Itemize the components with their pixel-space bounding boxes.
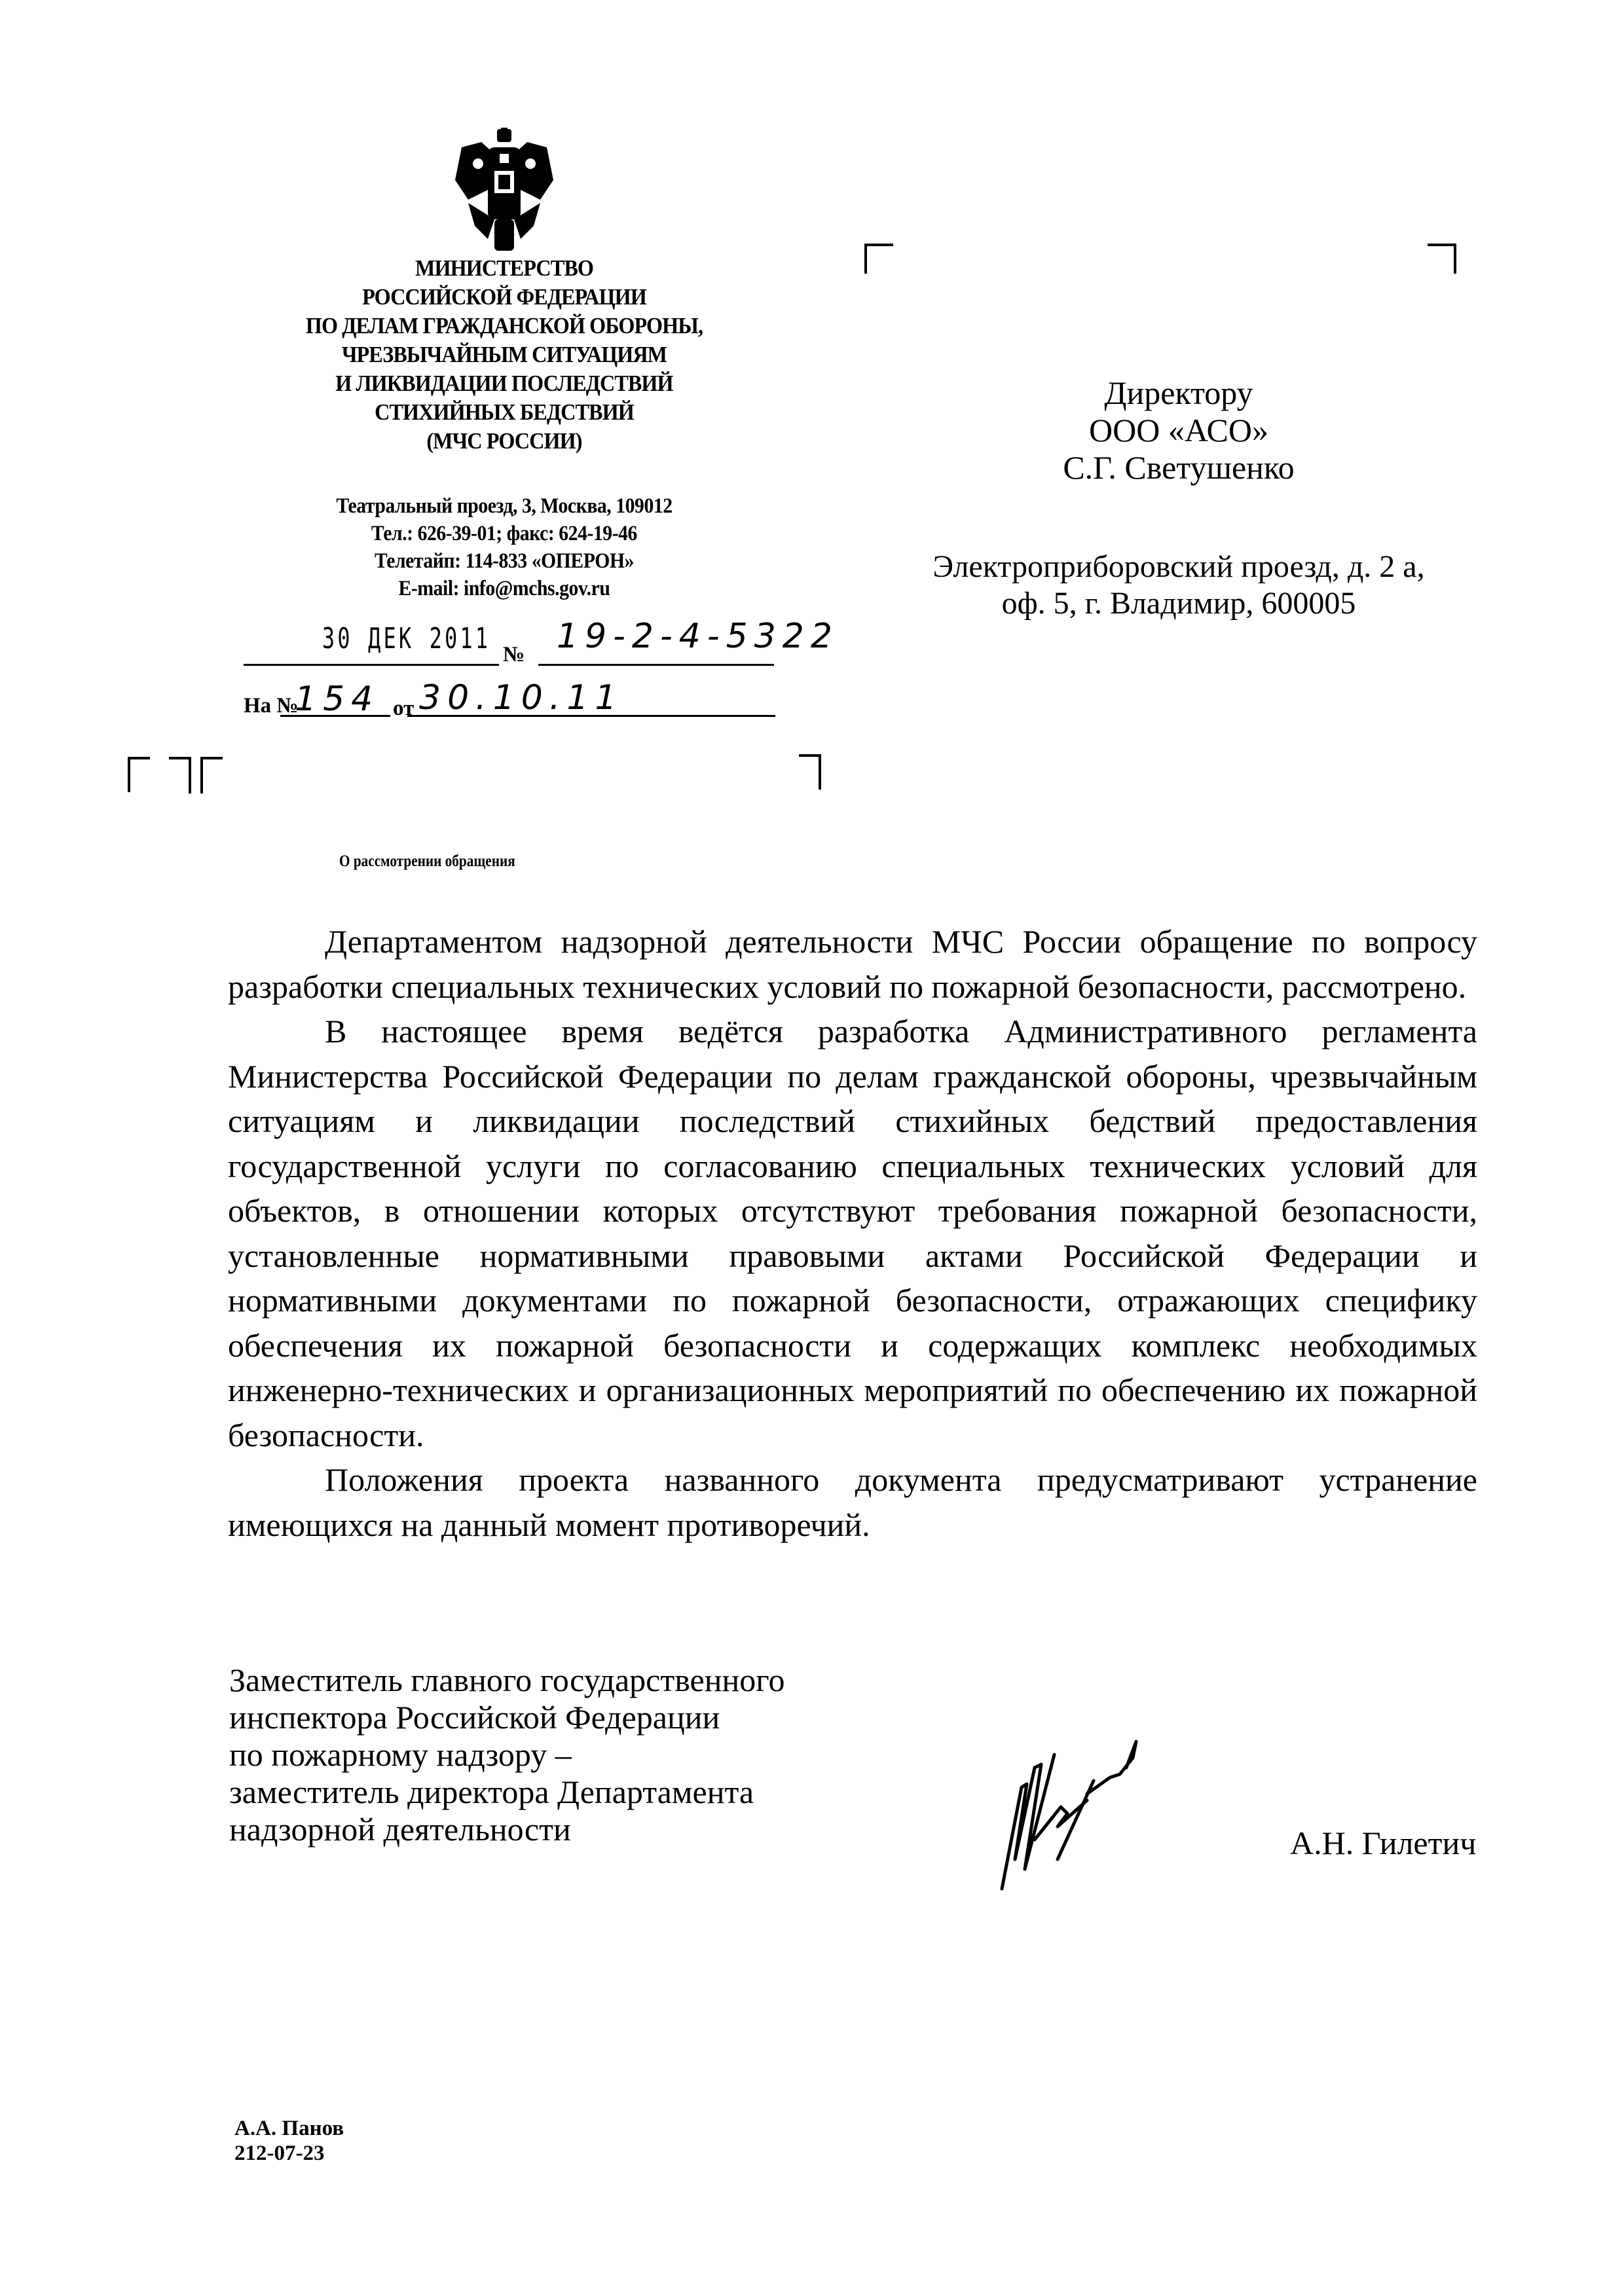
- addressee-name: С.Г. Светушенко: [871, 449, 1486, 486]
- letter-subject: О рассмотрении обращения: [339, 852, 515, 871]
- number-underline: [538, 664, 774, 666]
- sender-line: СТИХИЙНЫХ БЕДСТВИЙ: [257, 398, 751, 427]
- body-paragraph: Положения проекта названного документа п…: [228, 1457, 1477, 1547]
- addressee: Директору ООО «АСО» С.Г. Светушенко: [871, 374, 1486, 486]
- sender-address: Театральный проезд, 3, Москва, 109012: [263, 492, 746, 520]
- signatory-title: Заместитель главного государственного ин…: [229, 1662, 785, 1848]
- sender-email: E-mail: info@mchs.gov.ru: [263, 575, 746, 602]
- subject-bracket-top-left: [200, 757, 223, 793]
- sender-line: ЧРЕЗВЫЧАЙНЫМ СИТУАЦИЯМ: [257, 340, 751, 369]
- from-label: от: [393, 697, 414, 721]
- signatory-title-line: Заместитель главного государственного: [229, 1662, 785, 1699]
- addressee-address-line: Электроприборовский проезд, д. 2 а,: [851, 549, 1506, 585]
- subject-bracket-top-right: [799, 754, 821, 790]
- addressee-address: Электроприборовский проезд, д. 2 а, оф. …: [851, 549, 1506, 622]
- sender-line: РОССИЙСКОЙ ФЕДЕРАЦИИ: [257, 283, 751, 312]
- executor-info: А.А. Панов 212-07-23: [234, 2116, 344, 2166]
- executor-phone: 212-07-23: [234, 2141, 344, 2166]
- addressee-address-line: оф. 5, г. Владимир, 600005: [851, 585, 1506, 622]
- signatory-title-line: по пожарному надзору –: [229, 1736, 785, 1774]
- addressee-bracket-top-left: [864, 244, 893, 274]
- russian-coat-of-arms-icon: [449, 128, 560, 252]
- addressee-bracket-top-right: [1428, 244, 1456, 274]
- sender-line: ПО ДЕЛАМ ГРАЖДАНСКОЙ ОБОРОНЫ,: [257, 312, 751, 340]
- body-paragraph: В настоящее время ведётся разработка Адм…: [228, 1009, 1477, 1457]
- number-label: №: [503, 643, 525, 667]
- letter-body: Департаментом надзорной деятельности МЧС…: [228, 919, 1477, 1547]
- sender-line: И ЛИКВИДАЦИИ ПОСЛЕДСТВИЙ: [257, 369, 751, 398]
- sender-teletype: Телетайп: 114-833 «ОПЕРОН»: [263, 547, 746, 575]
- handwritten-signature-icon: [995, 1728, 1244, 1892]
- signatory-title-line: заместитель директора Департамента: [229, 1774, 785, 1811]
- signatory-name: А.Н. Гилетич: [1290, 1824, 1476, 1862]
- executor-name: А.А. Панов: [234, 2116, 344, 2141]
- body-paragraph: Департаментом надзорной деятельности МЧС…: [228, 919, 1477, 1009]
- outgoing-number: 19-2-4-5322: [557, 617, 839, 656]
- from-underline: [407, 715, 775, 717]
- sender-line: (МЧС РОССИИ): [257, 427, 751, 456]
- sender-line: МИНИСТЕРСТВО: [257, 254, 751, 283]
- signatory-title-line: надзорной деятельности: [229, 1811, 785, 1848]
- date-stamp: 30 ДЕК 2011: [322, 622, 490, 655]
- reply-to-number: 154: [295, 680, 379, 719]
- sender-contacts: Театральный проезд, 3, Москва, 109012 Те…: [263, 492, 746, 602]
- signatory-title-line: инспектора Российской Федерации: [229, 1699, 785, 1736]
- sender-phone: Тел.: 626-39-01; факс: 624-19-46: [263, 520, 746, 547]
- subject-bracket-top-left: [128, 757, 150, 792]
- reply-to-underline: [280, 715, 390, 717]
- from-date: 30.10.11: [419, 678, 623, 718]
- addressee-organization: ООО «АСО»: [871, 412, 1486, 449]
- date-underline: [244, 664, 499, 666]
- subject-bracket-top-right: [169, 757, 191, 793]
- sender-organization: МИНИСТЕРСТВО РОССИЙСКОЙ ФЕДЕРАЦИИ ПО ДЕЛ…: [257, 254, 751, 456]
- addressee-position: Директору: [871, 374, 1486, 412]
